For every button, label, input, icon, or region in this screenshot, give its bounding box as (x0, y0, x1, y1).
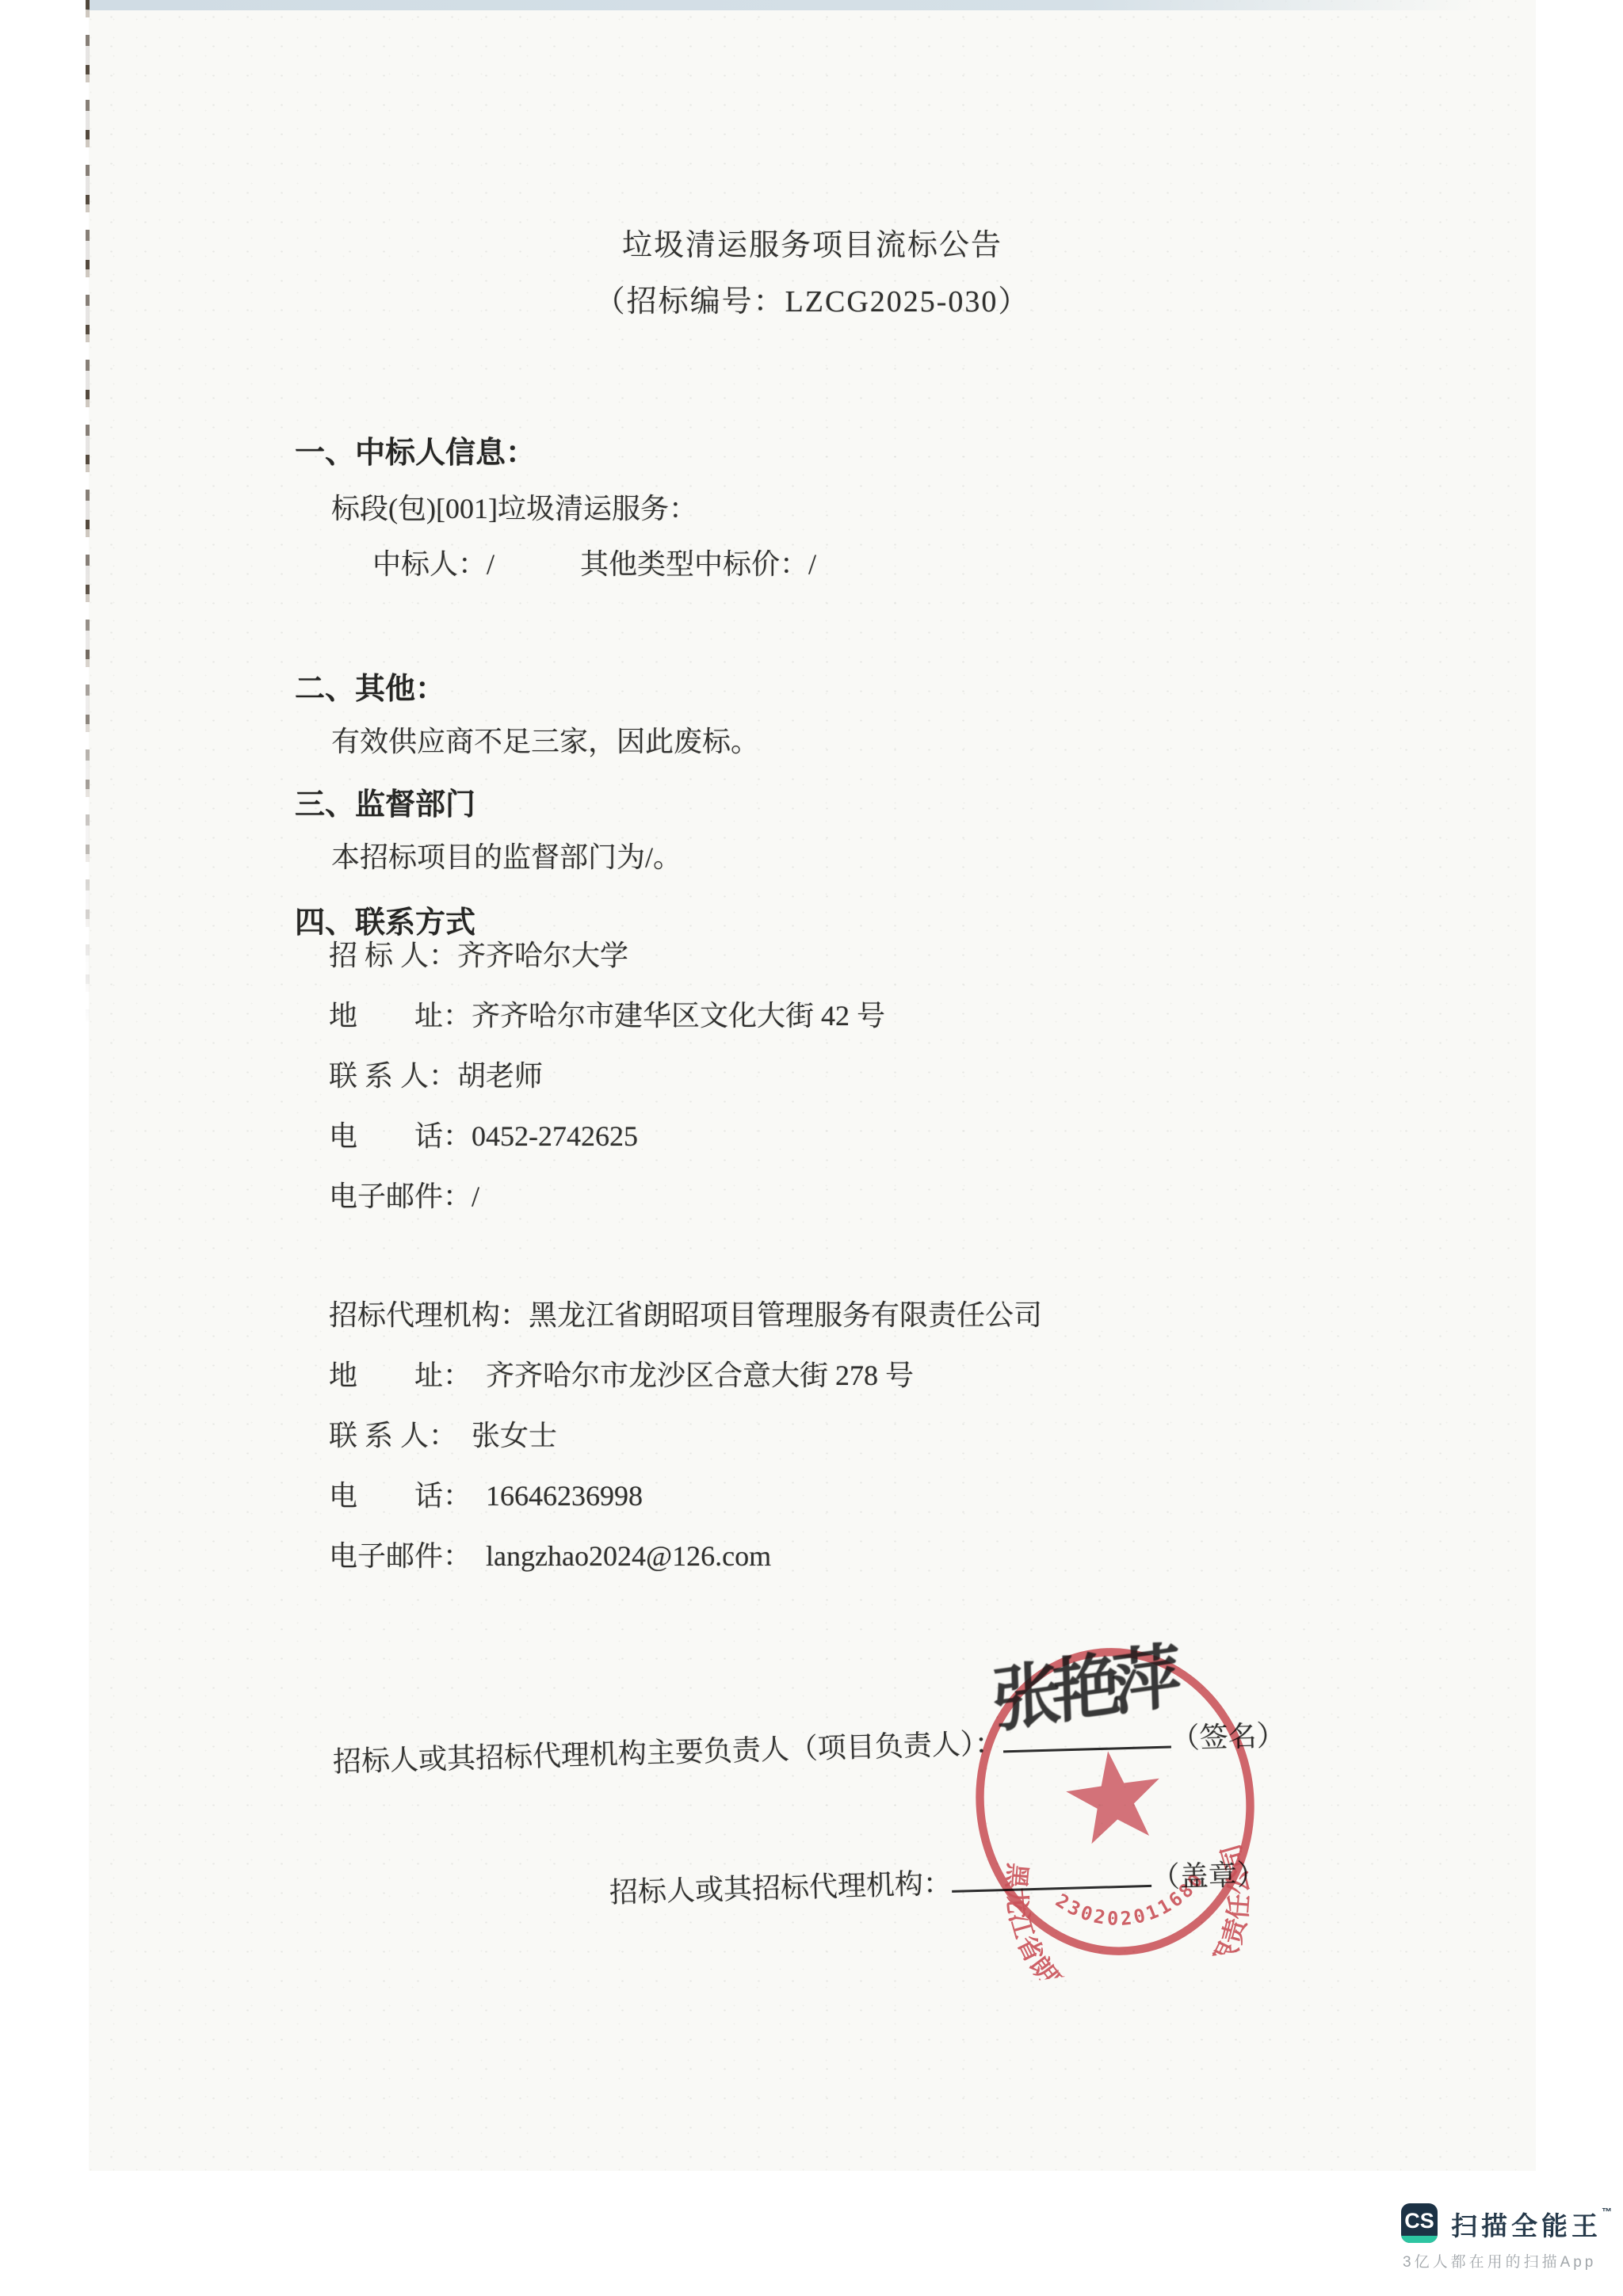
agency-name: 招标代理机构：黑龙江省朗昭项目管理服务有限责任公司 (329, 1285, 1042, 1345)
agency-contact-person: 联 系 人： 张女士 (329, 1405, 1042, 1466)
section2-heading: 二、其他： (295, 664, 445, 707)
org-seal-label: 招标人或其招标代理机构： (609, 1867, 953, 1909)
section2-reason-line: 有效供应商不足三家，因此废标。 (331, 719, 759, 760)
paper-left-edge (86, 0, 90, 1030)
scanned-document-page: 垃圾清运服务项目流标公告 （招标编号：LZCG2025-030） 一、中标人信息… (0, 0, 1623, 2296)
tender-number: （招标编号：LZCG2025-030） (89, 277, 1536, 320)
agency-contact-block: 招标代理机构：黑龙江省朗昭项目管理服务有限责任公司 地 址： 齐齐哈尔市龙沙区合… (329, 1285, 1042, 1586)
camscanner-brand-text: 扫描全能王 (1451, 2211, 1602, 2241)
trademark-symbol: ™ (1602, 2206, 1612, 2218)
section3-supervisor-line: 本招标项目的监督部门为/。 (331, 835, 682, 875)
section1-heading: 一、中标人信息： (295, 428, 536, 471)
camscanner-brand: 扫描全能王™ (1451, 2206, 1612, 2243)
seal-star (1061, 1745, 1167, 1846)
tenderer-phone: 电 话：0452-2742625 (329, 1106, 885, 1166)
document-title: 垃圾清运服务项目流标公告 (89, 220, 1536, 264)
agency-phone: 电 话： 16646236998 (329, 1466, 1042, 1526)
camscanner-logo-icon: CS (1401, 2203, 1438, 2243)
camscanner-tagline: 3亿人都在用的扫描App (1403, 2250, 1596, 2271)
tenderer-contact-block: 招 标 人：齐齐哈尔大学 地 址：齐齐哈尔市建华区文化大街 42 号 联 系 人… (329, 925, 885, 1226)
agency-email: 电子邮件： langzhao2024@126.com (329, 1526, 1042, 1586)
tenderer-contact-person: 联 系 人：胡老师 (329, 1046, 885, 1106)
section1-winner-line: 中标人：/ 其他类型中标价：/ (372, 542, 816, 582)
section3-heading: 三、监督部门 (295, 780, 475, 823)
section1-lot-line: 标段(包)[001]垃圾清运服务： (331, 486, 697, 527)
tenderer-name: 招 标 人：齐齐哈尔大学 (329, 925, 885, 986)
tenderer-email: 电子邮件：/ (329, 1166, 885, 1226)
camscanner-logo-accent-bar (1401, 2236, 1438, 2243)
scan-top-shadow (87, 0, 1514, 10)
tenderer-address: 地 址：齐齐哈尔市建华区文化大街 42 号 (329, 986, 885, 1046)
agency-address: 地 址： 齐齐哈尔市龙沙区合意大街 278 号 (329, 1345, 1042, 1405)
